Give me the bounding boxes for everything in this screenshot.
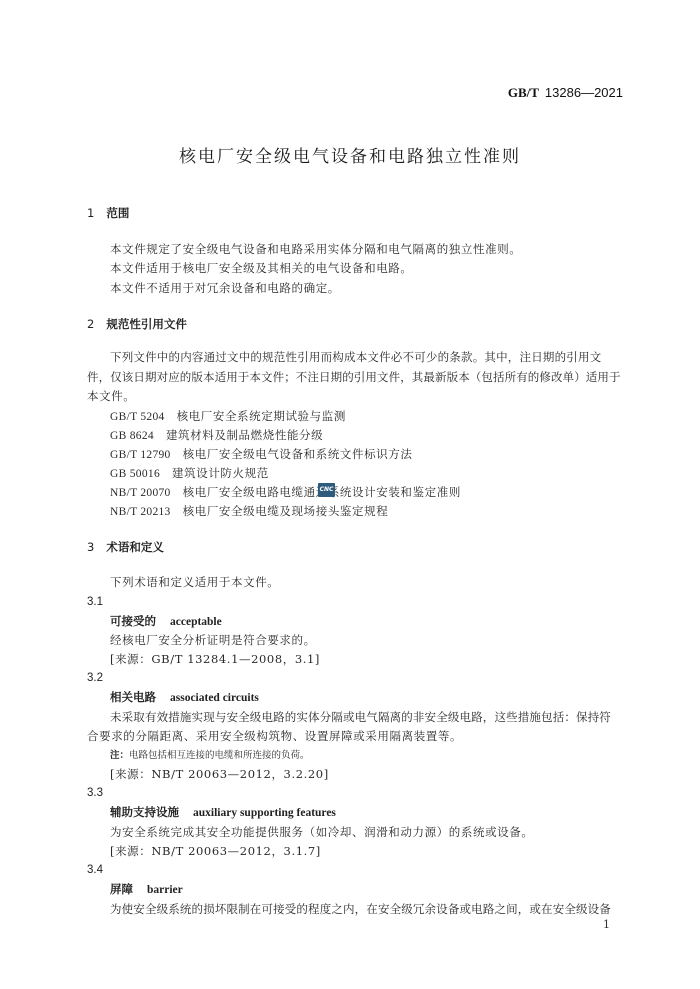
reference-item: GB 50016建筑设计防火规范 — [110, 468, 269, 481]
reference-title: 核电厂安全系统定期试验与监测 — [177, 409, 346, 423]
section-intro: 下列术语和定义适用于本文件。 — [110, 577, 279, 589]
paragraph-line: 下列文件中的内容通过文中的规范性引用而构成本文件必不可少的条款。其中，注日期的引… — [110, 352, 601, 364]
reference-code: GB/T 12790 — [110, 450, 171, 462]
section-title: 规范性引用文件 — [106, 317, 187, 331]
term-zh: 相关电路 — [110, 690, 156, 704]
term-zh: 辅助支持设施 — [110, 805, 179, 819]
reference-item: NB/T 20213核电厂安全级电缆及现场接头鉴定规程 — [110, 506, 388, 519]
reference-item: GB/T 5204核电厂安全系统定期试验与监测 — [110, 411, 346, 424]
page-number: 1 — [603, 919, 610, 930]
term-en: barrier — [147, 884, 183, 896]
document-title: 核电厂安全级电气设备和电路独立性准则 — [0, 149, 700, 166]
term-zh: 可接受的 — [110, 614, 156, 628]
reference-code: GB/T 5204 — [110, 412, 165, 424]
term-source: [来源：GB/T 13284.1—2008，3.1] — [110, 654, 320, 666]
section-3-heading: 3术语和定义 — [87, 542, 164, 554]
reference-item: GB/T 12790核电厂安全级电气设备和系统文件标识方法 — [110, 449, 413, 462]
section-title: 范围 — [106, 206, 129, 220]
term-heading: 屏障barrier — [110, 884, 183, 897]
note-label: 注： — [110, 750, 129, 761]
term-source: [来源：NB/T 20063—2012，3.2.20] — [110, 769, 329, 781]
term-en: acceptable — [170, 616, 222, 628]
reference-code: GB 8624 — [110, 431, 154, 443]
term-definition: 未采取有效措施实现与安全级电路的实体分隔或电气隔离的非安全级电路，这些措施包括：… — [110, 712, 611, 724]
term-en: auxiliary supporting features — [193, 807, 336, 819]
clause-number: 3.4 — [87, 865, 103, 877]
reference-item: NB/T 20070核电厂安全级电路电缆通道系统设计安装和鉴定准则 — [110, 487, 461, 500]
reference-title: 建筑设计防火规范 — [172, 466, 269, 480]
term-en: associated circuits — [170, 692, 259, 704]
paragraph-line: 本文件不适用于对冗余设备和电路的确定。 — [110, 283, 340, 295]
section-number: 2 — [87, 317, 94, 331]
section-number: 3 — [87, 540, 94, 554]
standard-prefix: GB/T — [508, 85, 539, 100]
watermark-logo: CNC — [318, 483, 335, 497]
section-title: 术语和定义 — [106, 540, 164, 554]
paragraph-line: 本文件适用于核电厂安全级及其相关的电气设备和电路。 — [110, 263, 413, 275]
clause-number: 3.3 — [87, 788, 103, 800]
paragraph-line: 本文件规定了安全级电气设备和电路采用实体分隔和电气隔离的独立性准则。 — [110, 244, 521, 256]
reference-code: NB/T 20213 — [110, 507, 171, 519]
term-source: [来源：NB/T 20063—2012，3.1.7] — [110, 846, 321, 858]
term-definition: 为使安全级系统的损坏限制在可接受的程度之内，在安全级冗余设备或电路之间，或在安全… — [110, 904, 611, 916]
term-heading: 辅助支持设施auxiliary supporting features — [110, 807, 336, 820]
clause-number: 3.1 — [87, 597, 103, 609]
reference-code: NB/T 20070 — [110, 488, 171, 500]
standard-number: 13286—2021 — [545, 85, 623, 100]
section-number: 1 — [87, 206, 94, 220]
term-definition: 为安全系统完成其安全功能提供服务（如冷却、润滑和动力源）的系统或设备。 — [110, 827, 534, 839]
term-zh: 屏障 — [110, 882, 133, 896]
term-definition: 合要求的分隔距离、采用安全级构筑物、设置屏障或采用隔离装置等。 — [87, 731, 462, 743]
reference-title: 核电厂安全级电气设备和系统文件标识方法 — [183, 447, 413, 461]
term-heading: 相关电路associated circuits — [110, 692, 259, 705]
term-heading: 可接受的acceptable — [110, 616, 222, 629]
paragraph-line: 本文件。 — [87, 391, 135, 403]
note-text: 电路包括相互连接的电缆和所连接的负荷。 — [129, 750, 310, 761]
standard-code: GB/T13286—2021 — [508, 86, 623, 100]
clause-number: 3.2 — [87, 673, 103, 685]
term-definition: 经核电厂安全分析证明是符合要求的。 — [110, 635, 316, 647]
reference-title: 建筑材料及制品燃烧性能分级 — [166, 428, 323, 442]
reference-title: 核电厂安全级电缆及现场接头鉴定规程 — [183, 504, 389, 518]
section-2-heading: 2规范性引用文件 — [87, 319, 187, 331]
term-note: 注：电路包括相互连接的电缆和所连接的负荷。 — [110, 751, 310, 761]
reference-item: GB 8624建筑材料及制品燃烧性能分级 — [110, 430, 323, 443]
section-1-heading: 1范围 — [87, 208, 129, 220]
paragraph-line: 件，仅该日期对应的版本适用于本文件；不注日期的引用文件，其最新版本（包括所有的修… — [87, 372, 621, 384]
reference-code: GB 50016 — [110, 469, 160, 481]
